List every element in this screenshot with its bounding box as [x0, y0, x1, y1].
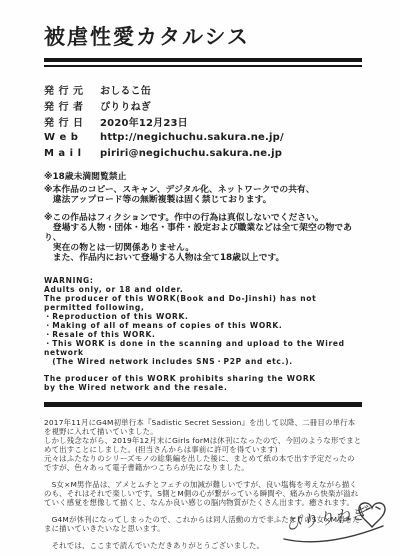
author-signature: ぴりりねぎ	[280, 492, 390, 548]
age-restriction-notice: ※18歳未満閲覧禁止	[44, 172, 362, 182]
warning-footer: The producer of this WORK prohibits shar…	[44, 374, 362, 392]
afterword-paragraph-1: 2017年11月にG4M初単行本『Sadistic Secret Session…	[44, 418, 362, 472]
publisher-value: おしるこ缶	[100, 82, 151, 97]
title-divider-thin-line	[44, 65, 362, 67]
email-address: piriri@negichuchu.sakura.ne.jp	[100, 148, 282, 159]
warning-heading: WARNING:	[44, 276, 362, 285]
english-warning: WARNING: Adults only, or 18 and older. T…	[44, 276, 362, 392]
website-label: W e b	[44, 132, 100, 143]
publication-info: 発 行 元 おしるこ缶 発 行 者 ぴりりねぎ 発 行 日 2020年12月23…	[44, 81, 362, 161]
warning-body: Adults only, or 18 and older. The produc…	[44, 285, 362, 366]
author-value: ぴりりねぎ	[100, 98, 151, 113]
publisher-label: 発 行 元	[44, 82, 100, 97]
publisher-row: 発 行 元 おしるこ缶	[44, 81, 362, 97]
japanese-notices: ※18歳未満閲覧禁止 ※本作品のコピー、スキャン、デジタル化、ネットワークでの共…	[44, 172, 362, 263]
fiction-disclaimer-notice: ※この作品はフィクションです。作中の行為は真似しないでください。 登場する人物・…	[44, 213, 362, 263]
reproduction-prohibition-notice: ※本作品のコピー、スキャン、デジタル化、ネットワークでの共有、 違法アップロード…	[44, 185, 362, 205]
signature-text: ぴりりねぎ	[284, 503, 371, 534]
title-divider	[44, 58, 362, 67]
publication-date-label: 発 行 日	[44, 114, 100, 129]
author-row: 発 行 者 ぴりりねぎ	[44, 97, 362, 113]
colophon-page: 被虐性愛カタルシス 発 行 元 おしるこ缶 発 行 者 ぴりりねぎ 発 行 日 …	[0, 0, 400, 556]
mail-row: M a i l piriri@negichuchu.sakura.ne.jp	[44, 145, 362, 161]
page-title: 被虐性愛カタルシス	[44, 24, 362, 50]
mail-label: M a i l	[44, 148, 100, 159]
publication-date-value: 2020年12月23日	[100, 114, 188, 129]
website-row: W e b http://negichuchu.sakura.ne.jp/	[44, 129, 362, 145]
title-divider-thick-line	[44, 58, 362, 62]
section-divider	[44, 402, 362, 407]
heart-right-eye	[376, 507, 380, 509]
website-url: http://negichuchu.sakura.ne.jp/	[100, 132, 284, 143]
author-label: 発 行 者	[44, 98, 100, 113]
page-content: 被虐性愛カタルシス 発 行 元 おしるこ缶 発 行 者 ぴりりねぎ 発 行 日 …	[44, 24, 362, 550]
publication-date-row: 発 行 日 2020年12月23日	[44, 113, 362, 129]
